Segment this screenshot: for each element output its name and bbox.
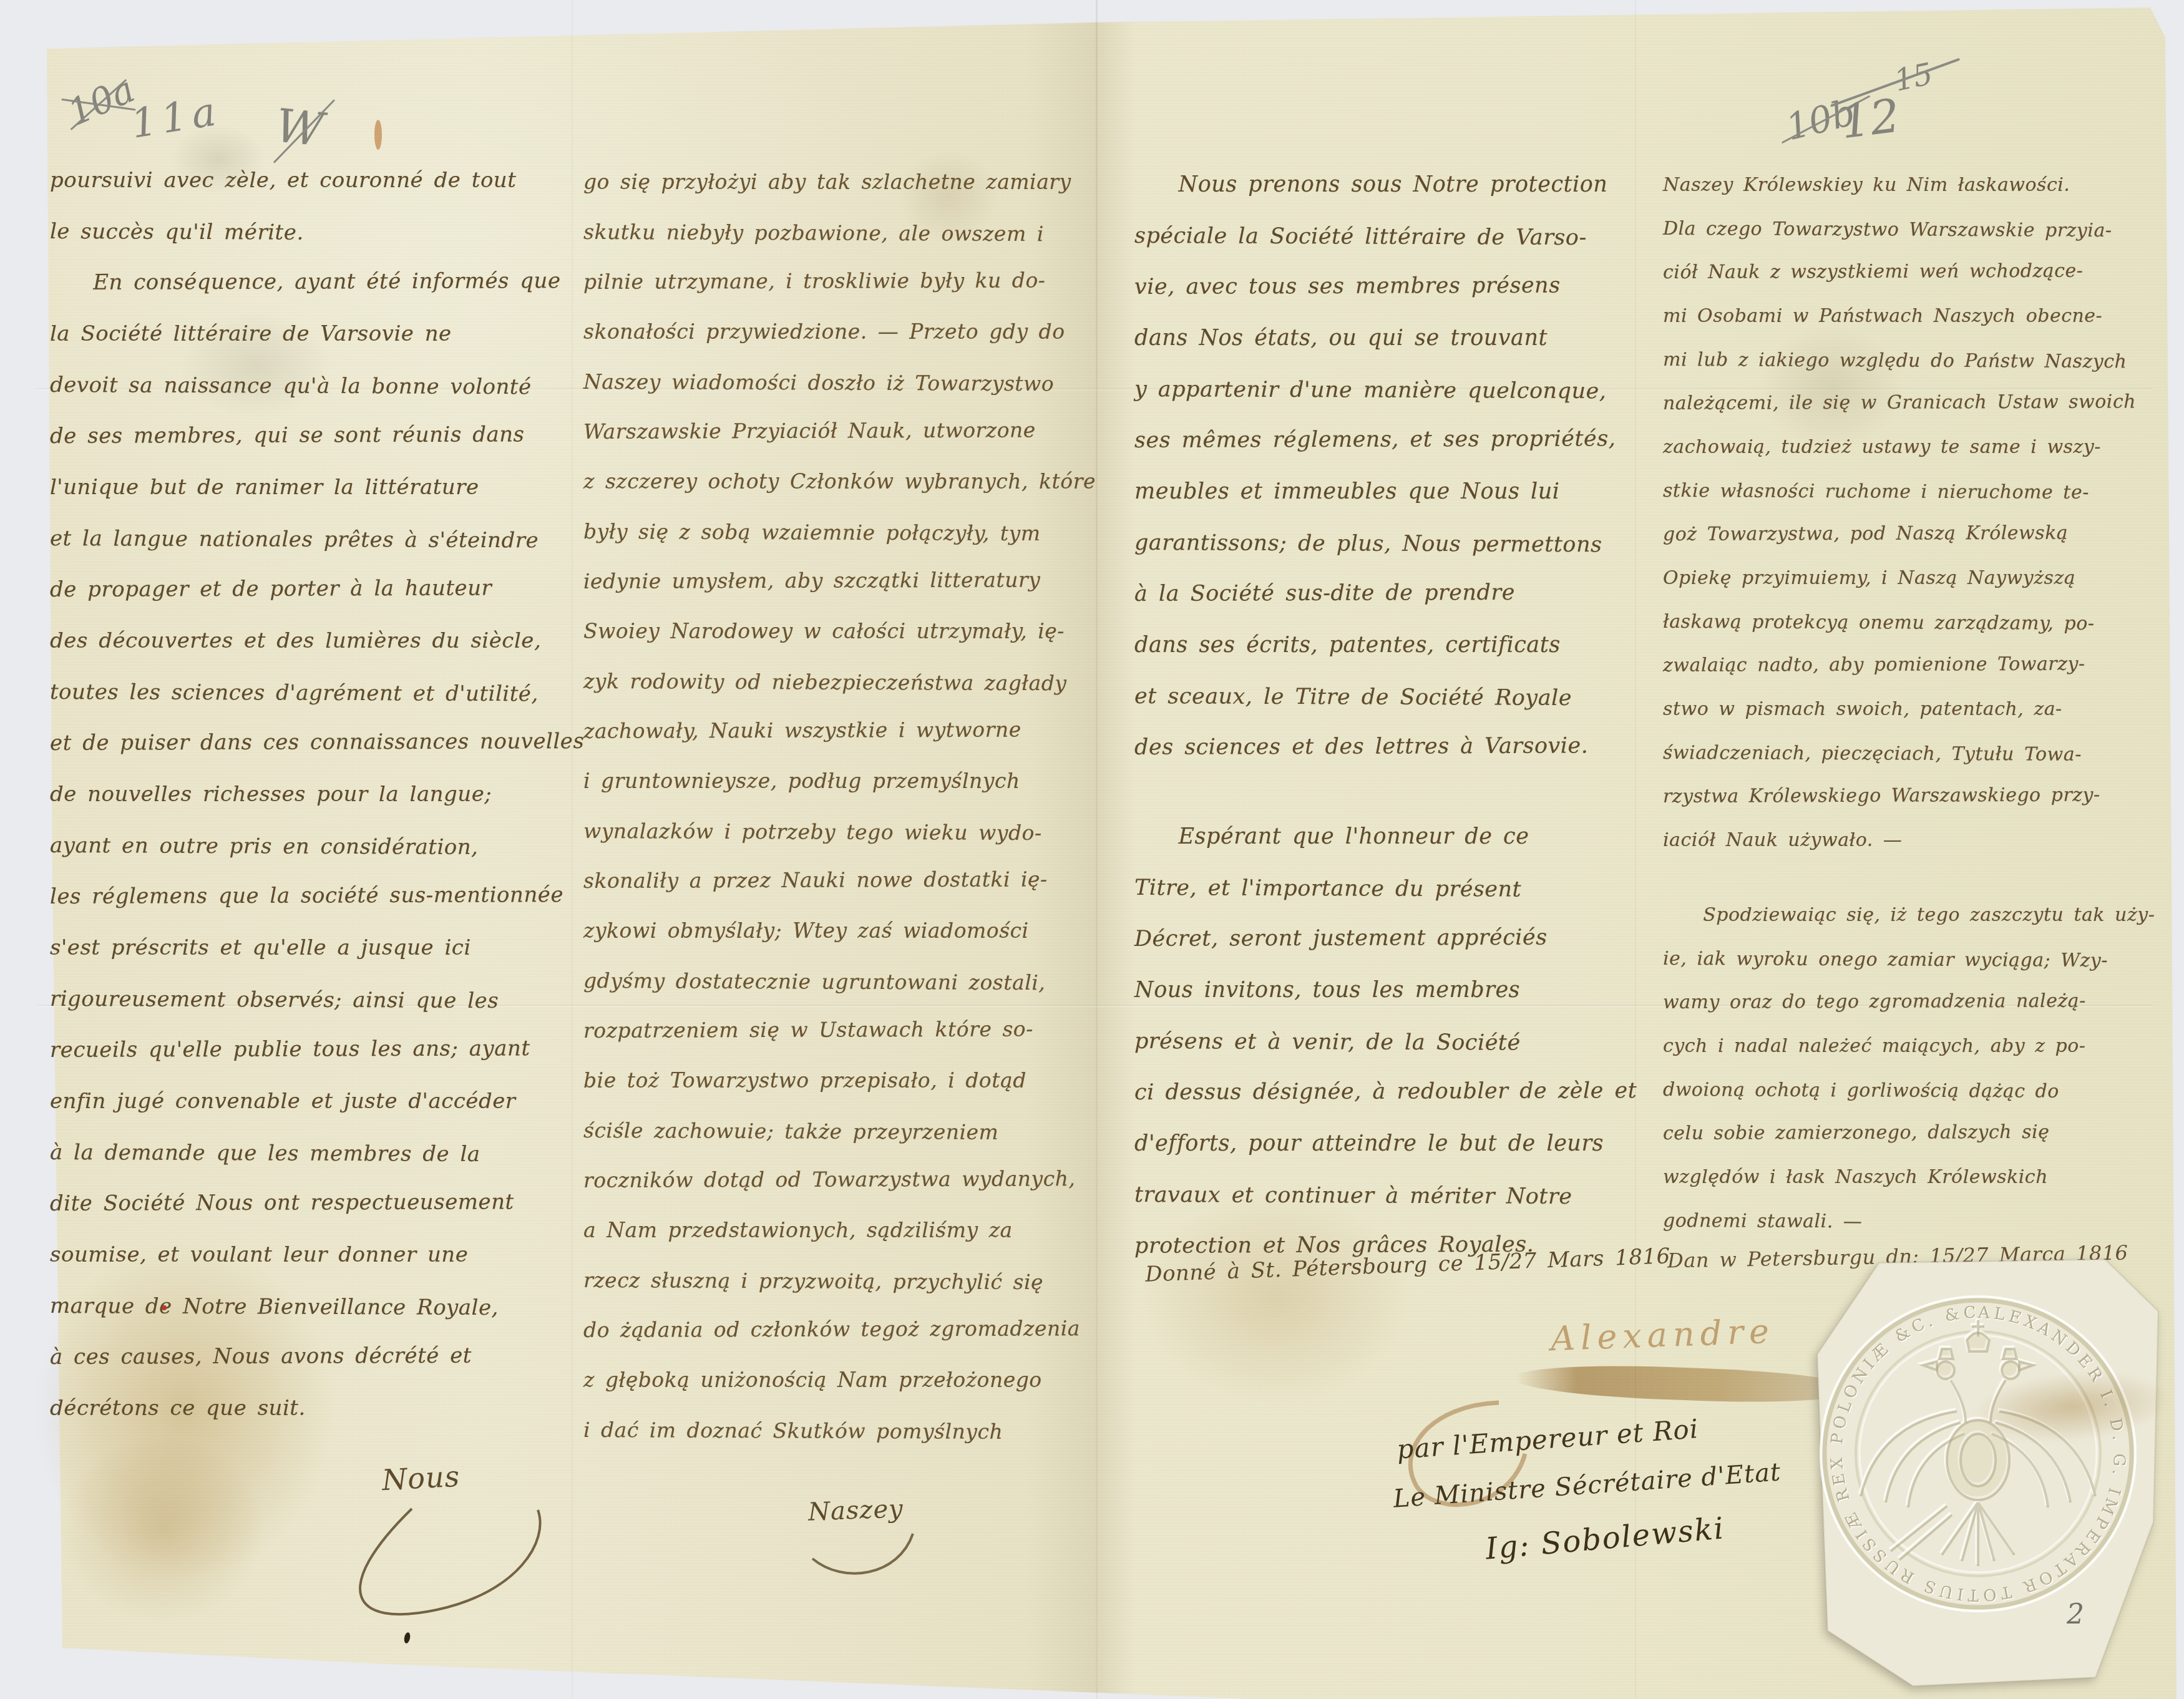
- manuscript-line: należącemi, ile się w Granicach Ustaw sw…: [1663, 380, 2162, 426]
- manuscript-line: dans Nos états, ou qui se trouvant: [1134, 313, 1627, 364]
- manuscript-line: Opiekę przyimuiemy, i Naszą Naywyższą: [1663, 557, 2162, 600]
- column-french-right-paragraph2: Espérant que l'honneur de ceTitre, et l'…: [1134, 811, 1627, 1272]
- column-french-left: poursuivi avec zèle, et couronné de tout…: [50, 155, 534, 1434]
- manuscript-line: do żądania od członków tegoż zgromadzeni…: [583, 1303, 1070, 1355]
- column-polish-left: go się przyłożyi aby tak szlachetne zami…: [583, 157, 1070, 1455]
- manuscript-line: recueils qu'elle publie tous les ans; ay…: [50, 1023, 534, 1076]
- manuscript-line: spéciale la Société littéraire de Varso-: [1134, 210, 1627, 263]
- manuscript-line: dite Société Nous ont respectueusement: [50, 1176, 534, 1229]
- manuscript-line: z głęboką uniżonością Nam przełożonego: [583, 1355, 1070, 1405]
- manuscript-line: skonaliły a przez Nauki nowe dostatki ię…: [583, 854, 1070, 906]
- manuscript-line: soumise, et voulant leur donner une: [50, 1229, 534, 1280]
- manuscript-line: Titre, et l'importance du présent: [1134, 862, 1627, 915]
- column-polish-right-paragraph1: Naszey Królewskiey ku Nim łaskawości.Dla…: [1663, 163, 2162, 862]
- manuscript-line: Warszawskie Przyiaciół Nauk, utworzone: [583, 405, 1070, 457]
- manuscript-line: décrétons ce que suit.: [50, 1383, 534, 1434]
- manuscript-line: cych i nadal należeć maiących, aby z po-: [1663, 1025, 2162, 1068]
- pencil-seal-number: 2: [2067, 1599, 2084, 1630]
- signature-monarch: Alexandre: [1550, 1312, 1775, 1358]
- manuscript-line: le succès qu'il mérite.: [50, 206, 534, 259]
- photograph-of-document: poursuivi avec zèle, et couronné de tout…: [0, 0, 2184, 1699]
- manuscript-line: stkie własności ruchome i nieruchome te-: [1663, 469, 2162, 515]
- manuscript-line: a Nam przedstawionych, sądziliśmy za: [583, 1205, 1070, 1255]
- manuscript-line: ciół Nauk z wszystkiemi weń wchodzące-: [1663, 249, 2162, 295]
- manuscript-line: zachowaią, tudzież ustawy te same i wszy…: [1663, 426, 2162, 469]
- manuscript-line: wamy oraz do tego zgromadzenia należą-: [1663, 979, 2162, 1025]
- manuscript-line: godnemi stawali. —: [1663, 1199, 2162, 1245]
- manuscript-line: garantissons; de plus, Nous permettons: [1134, 517, 1627, 570]
- crossed-letter-text: W: [273, 99, 326, 157]
- manuscript-line: Nous invitons, tous les membres: [1134, 965, 1627, 1016]
- manuscript-line: travaux et continuer à mériter Notre: [1134, 1169, 1627, 1222]
- manuscript-line: meubles et immeubles que Nous lui: [1134, 466, 1627, 517]
- manuscript-line: s'est préscrits et qu'elle a jusque ici: [50, 922, 534, 973]
- manuscript-line: i gruntownieysze, podług przemyślnych: [583, 756, 1070, 806]
- manuscript-line: des sciences et des lettres à Varsovie.: [1134, 720, 1627, 773]
- column-polish-right-paragraph2: Spodziewaiąc się, iż tego zaszczytu tak …: [1663, 893, 2162, 1243]
- manuscript-line: skutku niebyły pozbawione, ale owszem i: [583, 207, 1070, 259]
- manuscript-line: iedynie umysłem, aby szczątki litteratur…: [583, 555, 1070, 606]
- manuscript-line: Dla czego Towarzystwo Warszawskie przyia…: [1663, 207, 2162, 253]
- manuscript-line: rigoureusement observés; ainsi que les: [50, 973, 534, 1026]
- manuscript-line: skonałości przywiedzione. — Przeto gdy d…: [583, 307, 1070, 357]
- catchword-nous: Nous: [381, 1459, 461, 1497]
- manuscript-line: dans ses écrits, patentes, certificats: [1134, 620, 1627, 671]
- manuscript-line: et de puiser dans ces connaissances nouv…: [50, 716, 534, 769]
- manuscript-line: poursuivi avec zèle, et couronné de tout: [50, 155, 534, 206]
- catchword-naszey: Naszey: [807, 1494, 904, 1526]
- manuscript-line: zwalaiąc nadto, aby pomienione Towarzy-: [1663, 642, 2162, 688]
- manuscript-line: goż Towarzystwa, pod Naszą Królewską: [1663, 511, 2162, 557]
- manuscript-line: mi lub z iakiego względu do Państw Naszy…: [1663, 338, 2162, 384]
- manuscript-line: présens et à venir, de la Société: [1134, 1016, 1627, 1069]
- manuscript-line: zyk rodowity od niebezpieczeństwa zagład…: [583, 656, 1070, 708]
- manuscript-line: łaskawą protekcyą onemu zarządzamy, po-: [1663, 600, 2162, 646]
- manuscript-line: vie, avec tous ses membres présens: [1134, 260, 1627, 313]
- manuscript-line: Espérant que l'honneur de ce: [1134, 811, 1627, 862]
- manuscript-line: marque de Notre Bienveillance Royale,: [50, 1280, 534, 1333]
- manuscript-line: y appartenir d'une manière quelconque,: [1134, 364, 1627, 417]
- manuscript-line: go się przyłożyi aby tak szlachetne zami…: [583, 157, 1070, 207]
- manuscript-line: Naszey wiadomości doszło iż Towarzystwo: [583, 357, 1070, 409]
- manuscript-line: bie toż Towarzystwo przepisało, i dotąd: [583, 1056, 1070, 1106]
- manuscript-line: świadczeniach, pieczęciach, Tytułu Towa-: [1663, 731, 2162, 777]
- manuscript-line: à ces causes, Nous avons décrété et: [50, 1330, 534, 1383]
- manuscript-line: devoit sa naissance qu'à la bonne volont…: [50, 359, 534, 412]
- manuscript-line: de ses membres, qui se sont réunis dans: [50, 409, 534, 462]
- manuscript-line: les réglemens que la société sus-mention…: [50, 869, 534, 922]
- manuscript-line: rozpatrzeniem się w Ustawach które so-: [583, 1004, 1070, 1056]
- manuscript-line: ses mêmes réglemens, et ses propriétés,: [1134, 413, 1627, 466]
- manuscript-line: iaciół Nauk używało. —: [1663, 819, 2162, 862]
- manuscript-line: d'efforts, pour atteindre le but de leur…: [1134, 1118, 1627, 1169]
- manuscript-line: były się z sobą wzaiemnie połączyły, tym: [583, 507, 1070, 558]
- manuscript-line: roczników dotąd od Towarzystwa wydanych,: [583, 1154, 1070, 1205]
- manuscript-line: wynalazków i potrzeby tego wieku wydo-: [583, 806, 1070, 858]
- manuscript-line: ściśle zachowuie; także przeyrzeniem: [583, 1106, 1070, 1157]
- manuscript-line: stwo w pismach swoich, patentach, za-: [1663, 688, 2162, 731]
- manuscript-line: mi Osobami w Państwach Naszych obecne-: [1663, 295, 2162, 338]
- seal-number-text: 2: [2067, 1599, 2084, 1630]
- manuscript-line: l'unique but de ranimer la littérature: [50, 462, 534, 513]
- manuscript-line: ci dessus désignée, à redoubler de zèle …: [1134, 1065, 1627, 1118]
- manuscript-line: toutes les sciences d'agrément et d'util…: [50, 666, 534, 719]
- manuscript-line: Spodziewaiąc się, iż tego zaszczytu tak …: [1663, 893, 2162, 937]
- manuscript-line: Swoiey Narodowey w całości utrzymały, ię…: [583, 606, 1070, 656]
- manuscript-line: zykowi obmyślały; Wtey zaś wiadomości: [583, 906, 1070, 956]
- manuscript-line: à la Société sus-dite de prendre: [1134, 567, 1627, 620]
- manuscript-line: ie, iak wyroku onego zamiar wyciąga; Wzy…: [1663, 937, 2162, 983]
- manuscript-line: et sceaux, le Titre de Société Royale: [1134, 671, 1627, 724]
- manuscript-line: rzecz słuszną i przyzwoitą, przychylić s…: [583, 1255, 1070, 1307]
- column-french-right-paragraph1: Nous prenons sous Notre protectionspécia…: [1134, 159, 1627, 773]
- manuscript-line: i dać im doznać Skutków pomyślnych: [583, 1405, 1070, 1457]
- manuscript-line: enfin jugé convenable et juste d'accéder: [50, 1076, 534, 1127]
- manuscript-line: zachowały, Nauki wszystkie i wytworne: [583, 704, 1070, 756]
- manuscript-line: ayant en outre pris en considération,: [50, 820, 534, 873]
- manuscript-line: Nous prenons sous Notre protection: [1134, 159, 1627, 210]
- manuscript-line: celu sobie zamierzonego, dalszych się: [1663, 1110, 2162, 1156]
- manuscript-line: la Société littéraire de Varsovie ne: [50, 308, 534, 359]
- pencil-crossed-letter: W: [273, 99, 326, 157]
- manuscript-line: gdyśmy dostatecznie ugruntowani zostali,: [583, 956, 1070, 1008]
- manuscript-line: à la demande que les membres de la: [50, 1127, 534, 1180]
- manuscript-line: Décret, seront justement appréciés: [1134, 912, 1627, 965]
- manuscript-line: de propager et de porter à la hauteur: [50, 562, 534, 615]
- manuscript-line: En conséquence, ayant été informés que: [50, 255, 534, 308]
- manuscript-line: et la langue nationales prêtes à s'étein…: [50, 513, 534, 566]
- manuscript-line: dwoioną ochotą i gorliwością dążąc do: [1663, 1068, 2162, 1114]
- manuscript-line: względów i łask Naszych Królewskich: [1663, 1156, 2162, 1199]
- manuscript-line: de nouvelles richesses pour la langue;: [50, 769, 534, 820]
- manuscript-line: rzystwa Królewskiego Warszawskiego przy-: [1663, 773, 2162, 819]
- manuscript-line: z szczerey ochoty Członków wybranych, kt…: [583, 457, 1070, 507]
- manuscript-line: Naszey Królewskiey ku Nim łaskawości.: [1663, 163, 2162, 207]
- manuscript-line: pilnie utrzymane, i troskliwie były ku d…: [583, 255, 1070, 307]
- manuscript-line: des découvertes et des lumières du siècl…: [50, 615, 534, 666]
